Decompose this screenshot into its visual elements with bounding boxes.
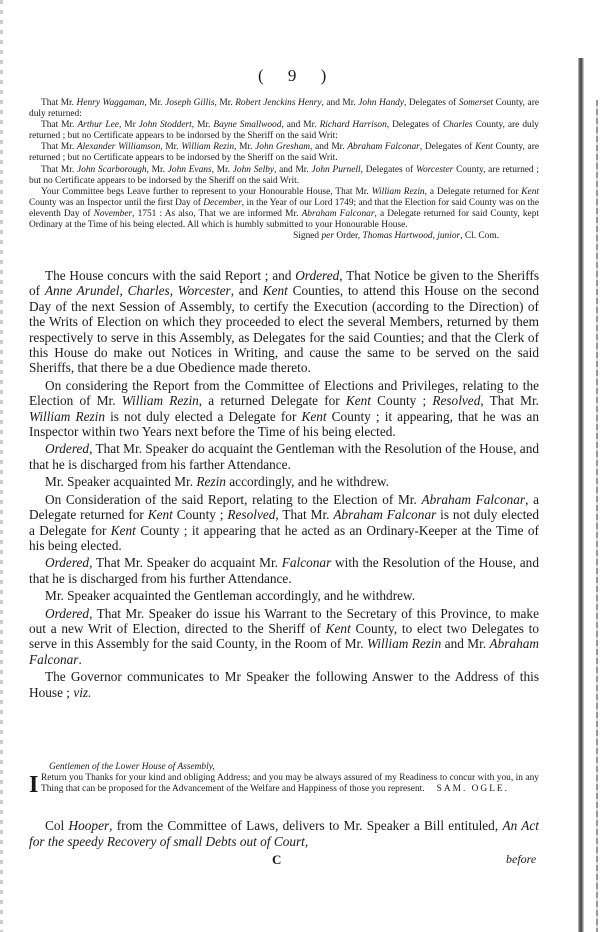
proceedings-body: The House concurs with the said Report ;… — [29, 268, 539, 702]
italic-name: per — [321, 231, 334, 241]
italic-name: Abraham Falconar — [302, 209, 375, 219]
italic-name: William Rezin — [29, 409, 105, 424]
italic-name: John Purnell — [312, 165, 361, 175]
italic-name: William Rezin — [122, 393, 199, 408]
italic-name: Kent — [346, 393, 371, 408]
italic-name: Alexander Williamson — [77, 142, 160, 152]
italic-name: Anne Arundel — [45, 283, 120, 298]
italic-name: Robert Jenckins Henry — [235, 98, 321, 108]
paragraph: Mr. Speaker acquainted the Gentleman acc… — [29, 588, 539, 603]
italic-name: Hooper — [69, 818, 110, 833]
italic-name: Kent — [521, 187, 539, 197]
paragraph: Mr. Speaker acquainted Mr. Rezin accordi… — [29, 474, 539, 489]
italic-name: Resolved — [432, 393, 480, 408]
closing-paragraph: Col Hooper, from the Committee of Laws, … — [29, 818, 539, 849]
paragraph: That Mr. John Scarborough, Mr. John Evan… — [29, 165, 539, 187]
italic-name: Worcester — [178, 283, 231, 298]
italic-name: Kent — [148, 507, 173, 522]
italic-name: Worcester — [416, 165, 453, 175]
italic-name: Rezin — [196, 474, 226, 489]
italic-name: William Rezin — [181, 142, 234, 152]
italic-name: Kent — [326, 621, 351, 636]
italic-name: John Stoddert — [139, 120, 192, 130]
italic-name: Kent — [301, 409, 326, 424]
governor-answer: Gentlemen of the Lower House of Assembly… — [29, 762, 539, 796]
italic-name: Abraham Falconar — [333, 507, 436, 522]
paragraph: That Mr. Arthur Lee, Mr John Stoddert, M… — [29, 120, 539, 142]
italic-name: William Rezin — [372, 187, 425, 197]
italic-name: Ordered — [45, 441, 89, 456]
letter-signature: SAM. OGLE. — [437, 784, 509, 795]
italic-name: Charles — [443, 120, 473, 130]
binding-gutter-edge — [596, 100, 598, 932]
italic-name: Ordered — [45, 606, 89, 621]
paragraph: That Mr. Alexander Williamson, Mr. Willi… — [29, 142, 539, 164]
italic-name: December — [203, 198, 242, 208]
italic-name: Henry Waggaman — [77, 98, 145, 108]
document-page: ( 9 ) That Mr. Henry Waggaman, Mr. Josep… — [0, 0, 600, 932]
italic-name: Abraham Falconar — [347, 142, 420, 152]
italic-name: Abraham Falconar — [29, 636, 539, 666]
page-left-edge — [0, 0, 3, 932]
binding-gutter — [578, 58, 584, 932]
report-signature: Signed per Order, Thomas Hartwood, junio… — [29, 231, 539, 242]
italic-name: Arthur Lee — [77, 120, 119, 130]
report-paragraphs: That Mr. Henry Waggaman, Mr. Joseph Gill… — [29, 98, 539, 231]
italic-name: Somerset — [459, 98, 493, 108]
italic-name: John Scarborough — [77, 165, 147, 175]
italic-name: Richard Harrison — [320, 120, 387, 130]
italic-name: Kent — [475, 142, 493, 152]
italic-name: William Rezin — [367, 636, 441, 651]
italic-name: John Handy — [358, 98, 404, 108]
letter-salutation: Gentlemen of the Lower House of Assembly… — [29, 762, 539, 773]
page-number: ( 9 ) — [258, 66, 336, 86]
drop-capital: I — [29, 774, 38, 796]
paragraph: The Governor communicates to Mr Speaker … — [29, 669, 539, 700]
paragraph: On considering the Report from the Commi… — [29, 378, 539, 440]
italic-name: Charles — [128, 283, 170, 298]
committee-report: That Mr. Henry Waggaman, Mr. Joseph Gill… — [29, 98, 539, 242]
italic-name: John Evans — [168, 165, 212, 175]
paragraph: Ordered, That Mr. Speaker do acquaint th… — [29, 441, 539, 472]
paragraph: Ordered, That Mr. Speaker do acquaint Mr… — [29, 555, 539, 586]
letter-body-wrap: I Return you Thanks for your kind and ob… — [29, 773, 539, 795]
italic-name: Ordered — [45, 555, 89, 570]
italic-name: Falconar — [282, 555, 332, 570]
paragraph: The House concurs with the said Report ;… — [29, 268, 539, 376]
paragraph: Ordered, That Mr. Speaker do issue his W… — [29, 606, 539, 668]
italic-name: Bayne Smallwood — [213, 120, 281, 130]
italic-name: Resolved — [227, 507, 275, 522]
catchword: before — [506, 852, 536, 867]
italic-name: Joseph Gillis — [165, 98, 214, 108]
paragraph: On Consideration of the said Report, rel… — [29, 492, 539, 554]
italic-name: Kent — [111, 523, 136, 538]
italic-name: Kent — [263, 283, 288, 298]
paragraph: Your Committee begs Leave further to rep… — [29, 187, 539, 231]
italic-name: viz. — [73, 685, 91, 700]
italic-name: Ordered — [295, 268, 339, 283]
italic-name: John Gresham — [255, 142, 310, 152]
italic-name: Thomas Hartwood, junior — [363, 231, 461, 241]
italic-name: John Selby — [233, 165, 274, 175]
paragraph: That Mr. Henry Waggaman, Mr. Joseph Gill… — [29, 98, 539, 120]
hooper-bill-paragraph: Col Hooper, from the Committee of Laws, … — [29, 818, 539, 849]
signature-mark: C — [272, 852, 281, 868]
italic-name: November — [94, 209, 133, 219]
italic-name: Abraham Falconar — [421, 492, 525, 507]
